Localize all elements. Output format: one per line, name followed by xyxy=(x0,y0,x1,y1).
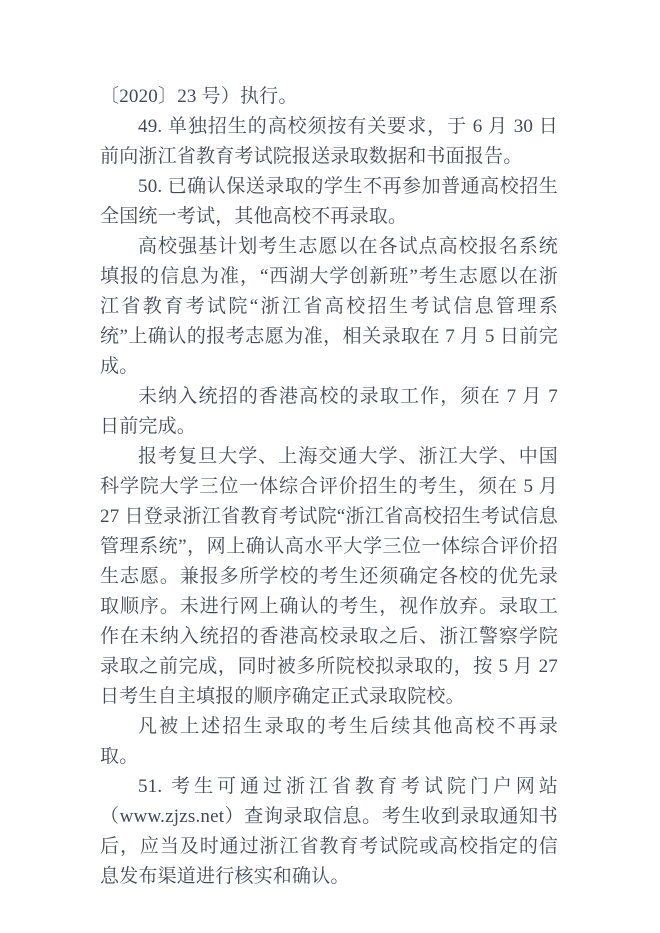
paragraph-item-51: 51. 考生可通过浙江省教育考试院门户网站（www.zjzs.net）查询录取信… xyxy=(100,772,558,892)
paragraph-item-50-final-note: 凡被上述招生录取的考生后续其他高校不再录取。 xyxy=(100,712,558,772)
paragraph-item-50-qiangji-plan: 高校强基计划考生志愿以在各试点高校报名系统填报的信息为准，“西湖大学创新班”考生… xyxy=(100,232,558,382)
paragraph-item-50: 50. 已确认保送录取的学生不再参加普通高校招生全国统一考试，其他高校不再录取。 xyxy=(100,172,558,232)
paragraph-item-50-hongkong: 未纳入统招的香港高校的录取工作，须在 7 月 7 日前完成。 xyxy=(100,382,558,442)
document-text-body: 〔2020〕23 号）执行。 49. 单独招生的高校须按有关要求，于 6 月 3… xyxy=(100,82,558,892)
paragraph-continuation: 〔2020〕23 号）执行。 xyxy=(100,82,558,112)
document-page: 〔2020〕23 号）执行。 49. 单独招生的高校须按有关要求，于 6 月 3… xyxy=(0,0,660,933)
paragraph-item-50-comprehensive-evaluation: 报考复旦大学、上海交通大学、浙江大学、中国科学院大学三位一体综合评价招生的考生，… xyxy=(100,442,558,712)
paragraph-item-49: 49. 单独招生的高校须按有关要求，于 6 月 30 日前向浙江省教育考试院报送… xyxy=(100,112,558,172)
